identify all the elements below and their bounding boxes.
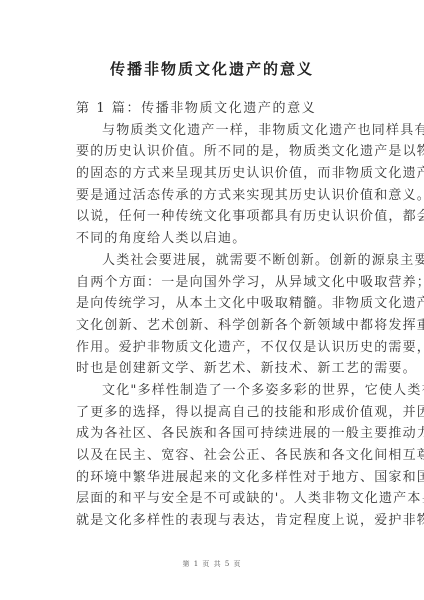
text-line: 层面的和平与安全是不可或缺的'。人类非物文化遗产本身 xyxy=(76,488,372,510)
page-number: 第 1 页 共 5 页 xyxy=(0,559,424,569)
text-line: 文化创新、艺术创新、科学创新各个新领域中都将发挥重要 xyxy=(76,315,372,337)
text-line: 成为各社区、各民族和各国可持续进展的一般主要推动力， xyxy=(76,423,372,445)
document-body: 第 1 篇：传播非物质文化遗产的意义 与物质类文化遗产一样，非物质文化遗产也同样… xyxy=(76,98,372,532)
text-line: 作用。爱护非物质文化遗产，不仅仅是认识历史的需要，同 xyxy=(76,337,372,359)
text-line: 以及在民主、宽容、社会公正、各民族和各文化间相互尊敬 xyxy=(76,445,372,467)
text-line: 就是文化多样性的表现与表达，肯定程度上说，爱护非物质 xyxy=(76,510,372,532)
document-title: 传播非物质文化遗产的意义 xyxy=(0,58,424,79)
section-heading: 第 1 篇：传播非物质文化遗产的意义 xyxy=(76,98,372,120)
text-line: 要是通过活态传承的方式来实现其历史认识价值和意义。可 xyxy=(76,185,372,207)
text-line: 的固态的方式来呈现其历史认识价值，而非物质文化遗产主 xyxy=(76,163,372,185)
text-line: 人类社会要进展，就需要不断创新。创新的源泉主要来 xyxy=(76,250,372,272)
text-line: 文化"多样性制造了一个多姿多彩的世界，它使人类有 xyxy=(76,380,372,402)
text-line: 与物质类文化遗产一样，非物质文化遗产也同样具有重 xyxy=(76,120,372,142)
text-line: 以说，任何一种传统文化事项都具有历史认识价值，都会从 xyxy=(76,206,372,228)
text-line: 了更多的选择，得以提高自己的技能和形成价值观，并因此 xyxy=(76,402,372,424)
text-line: 时也是创建新文学、新艺术、新技术、新工艺的需要。 xyxy=(76,358,372,380)
text-line: 自两个方面：一是向国外学习，从异域文化中吸取营养；二 xyxy=(76,272,372,294)
text-line: 的环境中繁华进展起来的文化多样性对于地方、国家和国际 xyxy=(76,467,372,489)
text-line: 要的历史认识价值。所不同的是，物质类文化遗产是以物化 xyxy=(76,141,372,163)
text-line: 是向传统学习，从本土文化中吸取精髓。非物质文化遗产在 xyxy=(76,293,372,315)
text-line: 不同的角度给人类以启迪。 xyxy=(76,228,372,250)
